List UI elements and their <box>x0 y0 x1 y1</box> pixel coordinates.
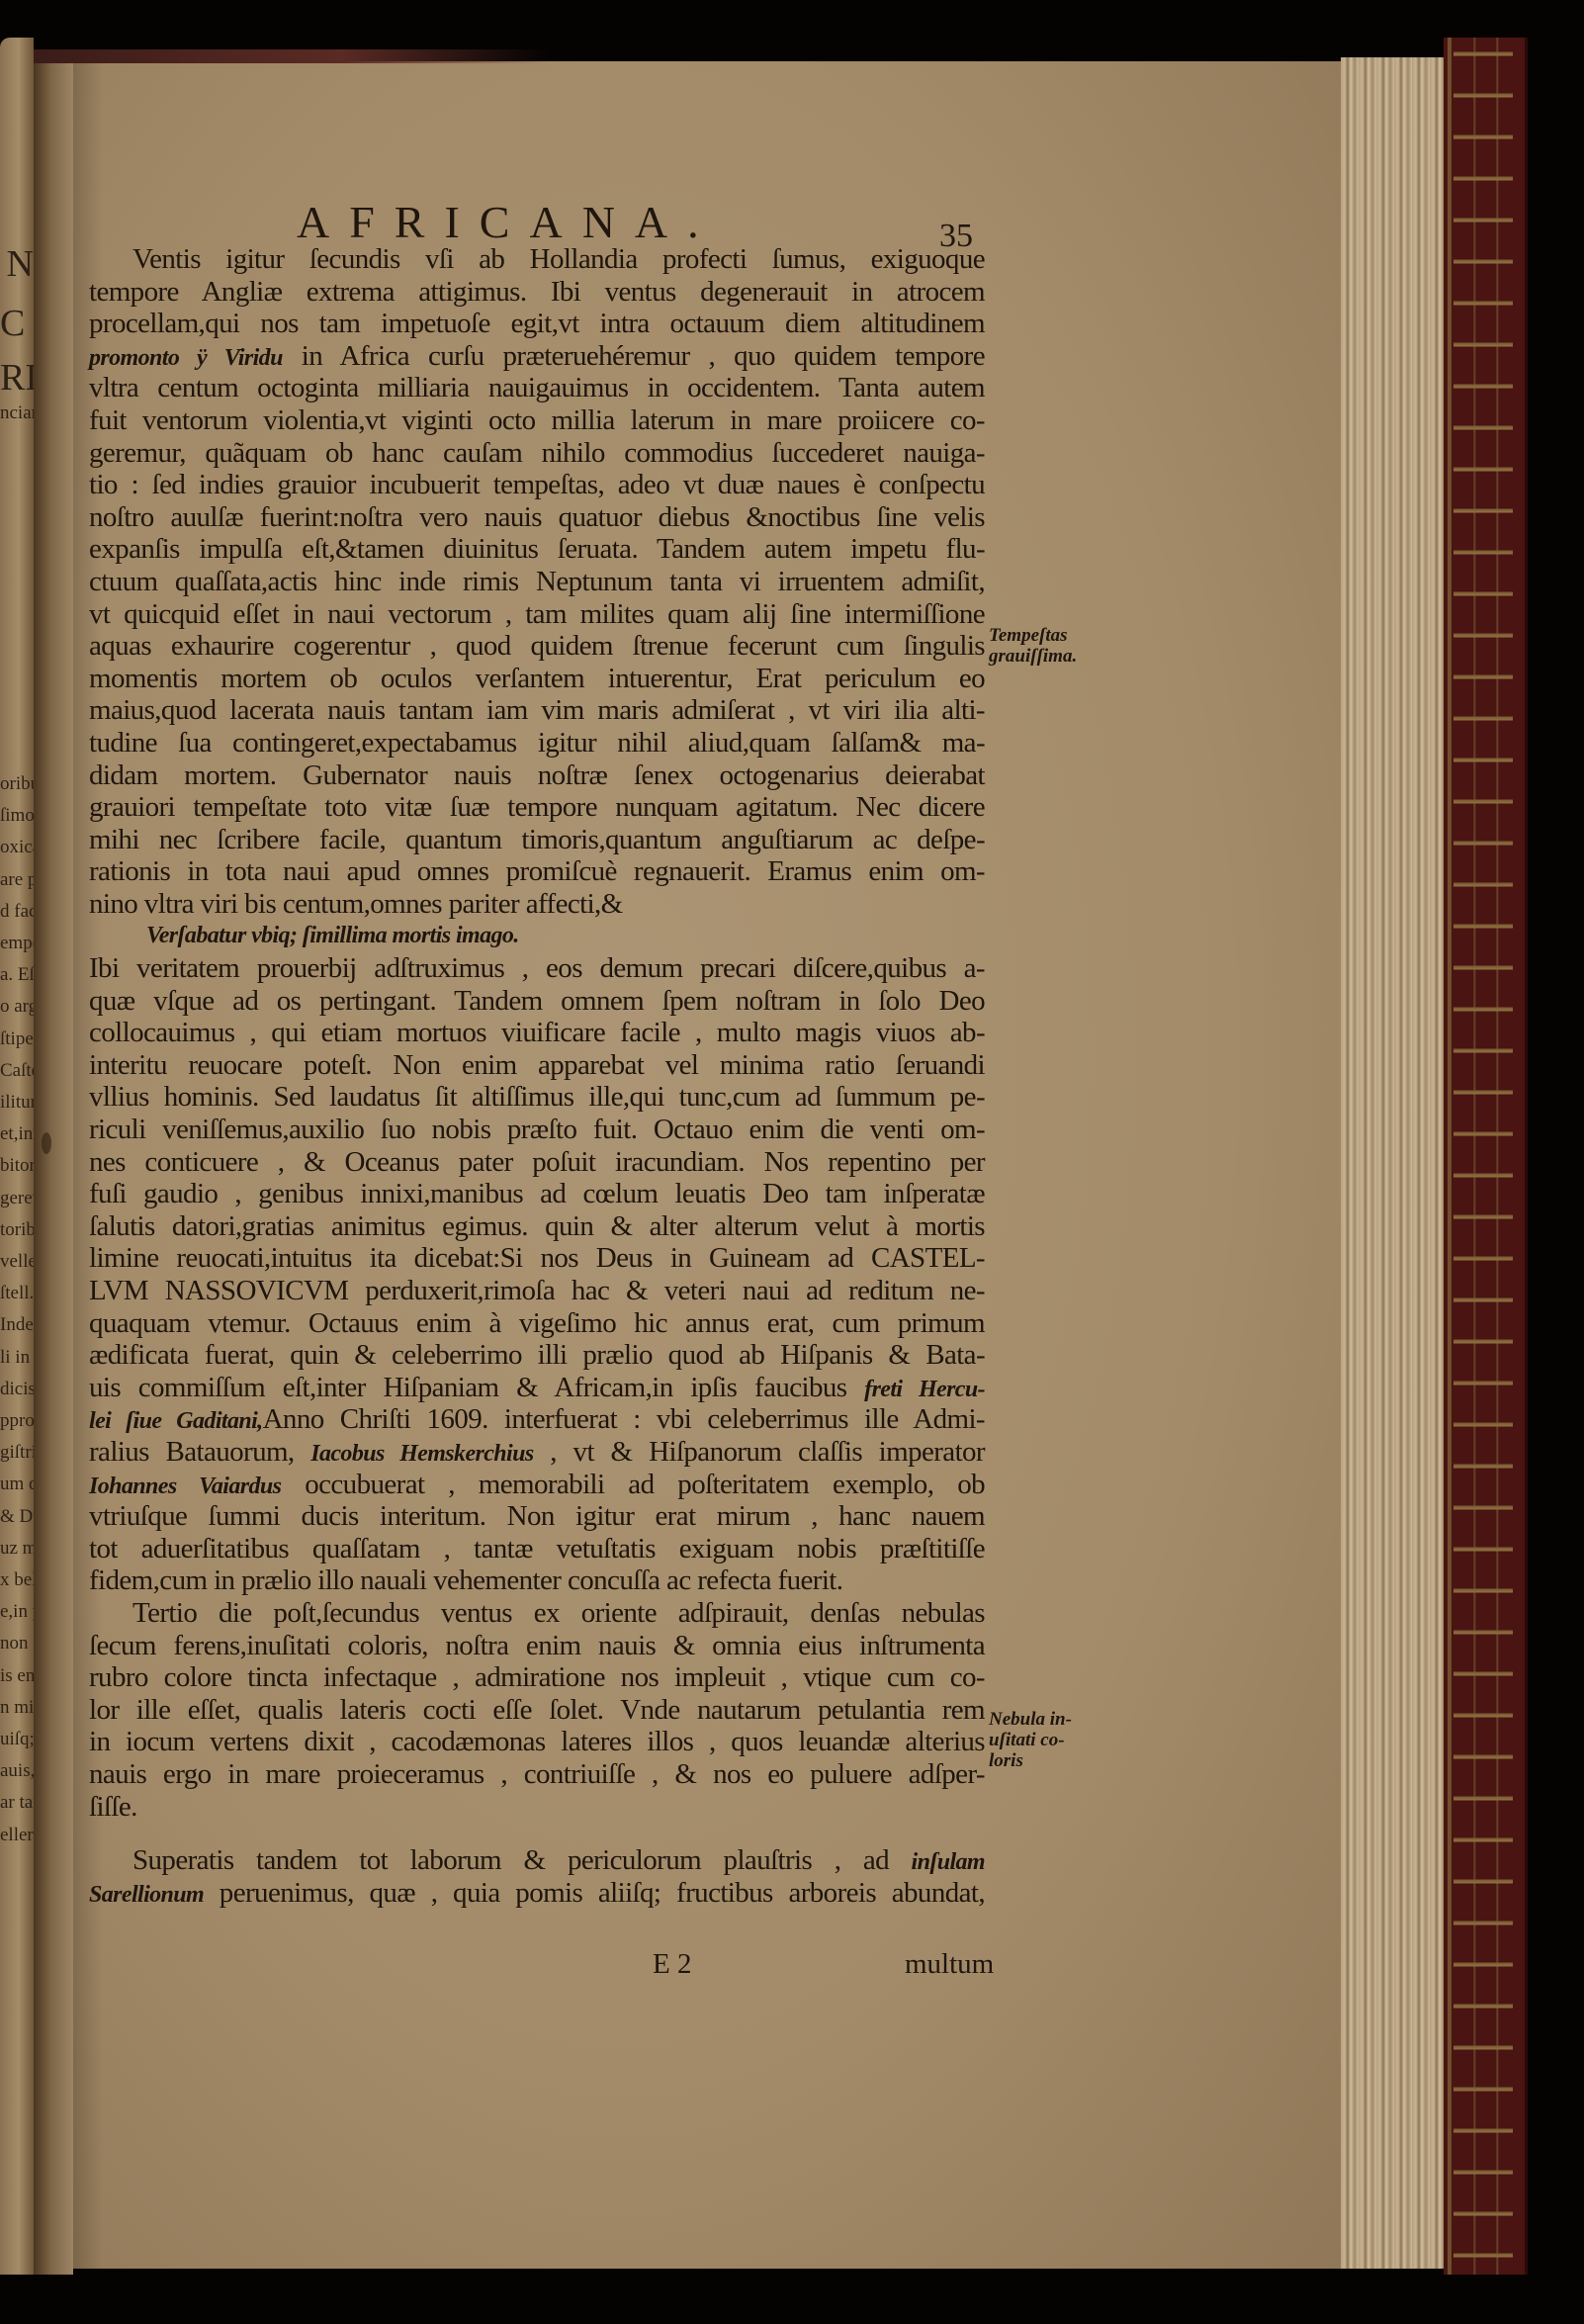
text-line: Superatis tandem tot laborum & periculor… <box>89 1844 985 1877</box>
margin-note-nebula: Nebula in-uſitati co-loris <box>989 1709 1072 1771</box>
text-line: fidem,cum in prælio illo nauali vehement… <box>89 1564 985 1597</box>
text-line: aquas exhaurire cogerentur , quod quidem… <box>89 630 985 663</box>
margin-note-line: grauiſſima. <box>989 646 1077 667</box>
text-line: rationis in tota naui apud omnes promiſc… <box>89 855 985 888</box>
margin-note-line: Nebula in- <box>989 1709 1072 1730</box>
facing-page-fragment: auis, c <box>0 1761 34 1780</box>
text-line: procellam,qui nos tam impetuoſe egit,vt … <box>89 308 985 340</box>
facing-page-fragment: uiſq; p <box>0 1730 34 1748</box>
facing-page-fragment: are per <box>0 870 34 889</box>
text-line: Tertio die poſt,ſecundus ventus ex orien… <box>89 1597 985 1630</box>
text-line: Ventis igitur ſecundis vſi ab Hollandia … <box>89 243 985 276</box>
text-span: ædificata fuerat, quin & celeberrimo ill… <box>89 1339 985 1371</box>
text-line: interitu reuocare poteſt. Non enim appar… <box>89 1049 985 1082</box>
text-line: nino vltra viri bis centum,omnes pariter… <box>89 888 985 921</box>
text-span: Ibi veritatem prouerbij adſtruximus , eo… <box>89 952 985 984</box>
facing-page-fragment: d facl <box>0 902 34 921</box>
text-span: ſiſſe. <box>89 1791 137 1823</box>
text-span: Verſabatur vbiq; ſimillima mortis imago. <box>146 923 519 948</box>
text-line: expanſis impulſa eſt,&tamen diuinitus ſe… <box>89 533 985 566</box>
text-span: Superatis tandem tot laborum & periculor… <box>132 1844 912 1876</box>
italic-text: lei ſiue Gaditani, <box>89 1408 263 1434</box>
text-span: momentis mortem ob oculos verſantem intu… <box>89 663 985 694</box>
italic-text: inſulam <box>912 1849 986 1875</box>
text-span: riculi veniſſemus,auxilio ſuo nobis præſ… <box>89 1114 985 1145</box>
text-span: fuſi gaudio , genibus innixi,manibus ad … <box>89 1178 985 1209</box>
text-span: nauis ergo in mare proieceramus , contri… <box>89 1758 985 1790</box>
facing-page-fragment: et,inui <box>0 1124 34 1143</box>
italic-text: freti Hercu- <box>864 1377 985 1402</box>
text-line: ralius Batauorum, Iacobus Hemskerchius ,… <box>89 1436 985 1469</box>
text-span: tempore Angliæ extrema attigimus. Ibi ve… <box>89 276 985 308</box>
italic-text: Sarellionum <box>89 1882 204 1908</box>
facing-page-fragment: a. Eſt <box>0 965 34 984</box>
body-text: Ventis igitur ſecundis vſi ab Hollandia … <box>89 243 985 1909</box>
text-span: Anno Chriſti 1609. interfuerat : vbi cel… <box>263 1403 985 1435</box>
text-line: ſalutis datori,gratias animitus egimus. … <box>89 1210 985 1243</box>
text-line: momentis mortem ob oculos verſantem intu… <box>89 663 985 695</box>
text-line: tempore Angliæ extrema attigimus. Ibi ve… <box>89 276 985 309</box>
facing-page-fragment: & Du <box>0 1507 34 1526</box>
facing-page-fragment: giſtris <box>0 1443 34 1462</box>
text-span: in Africa curſu præteruehéremur , quo qu… <box>283 340 985 372</box>
text-span: ctuum quaſſata,actis hinc inde rimis Nep… <box>89 566 985 597</box>
text-span: rubro colore tincta infectaque , admirat… <box>89 1661 985 1693</box>
text-line: quaquam vtemur. Octauus enim à vigeſimo … <box>89 1307 985 1340</box>
text-span: in iocum vertens dixit , cacodæmonas lat… <box>89 1726 985 1757</box>
text-span: vllius hominis. Sed laudatus ſit altiſſi… <box>89 1081 985 1113</box>
text-line: lei ſiue Gaditani,Anno Chriſti 1609. int… <box>89 1403 985 1436</box>
leather-binding <box>1444 38 1528 2275</box>
gilt-rule <box>1448 38 1452 2275</box>
ink-stain <box>42 1132 51 1154</box>
facing-page-fragment: empeſt <box>0 934 34 952</box>
facing-page-edge: oribusſimooxicamare perd faclempeſta. Eſ… <box>0 38 34 2275</box>
facing-page-fragment: C H <box>0 305 34 342</box>
text-span: noſtro auulſæ fuerint:noſtra vero nauis … <box>89 501 985 533</box>
facing-page-fragment: Caſtell <box>0 1061 34 1080</box>
text-span: fidem,cum in prælio illo nauali vehement… <box>89 1564 842 1596</box>
text-line: ſiſſe. <box>89 1791 985 1824</box>
text-span: mihi nec ſcribere facile, quantum timori… <box>89 824 985 855</box>
text-line: ædificata fuerat, quin & celeberrimo ill… <box>89 1339 985 1372</box>
facing-page-fragment: elleret <box>0 1826 34 1844</box>
text-span: lor ille eſſet, qualis lateris cocti eſſ… <box>89 1694 985 1726</box>
text-span: rationis in tota naui apud omnes promiſc… <box>89 855 985 887</box>
text-span: , vt & Hiſpanorum claſſis imperator <box>534 1436 985 1468</box>
margin-note-line: loris <box>989 1750 1072 1771</box>
text-line: limine reuocati,intuitus ita dicebat:Si … <box>89 1242 985 1275</box>
facing-page-fragment: n milit <box>0 1698 34 1717</box>
text-span: aquas exhaurire cogerentur , quod quidem… <box>89 630 985 662</box>
text-line: Iohannes Vaiardus occubuerat , memorabil… <box>89 1469 985 1501</box>
text-line: vt quicquid eſſet in naui vectorum , tam… <box>89 598 985 631</box>
facing-page-fragment: ilitum, <box>0 1093 34 1112</box>
italic-text: promonto ÿ Viridu <box>89 345 283 371</box>
facing-page-fragment: N <box>0 245 34 283</box>
text-line: Ibi veritatem prouerbij adſtruximus , eo… <box>89 952 985 985</box>
facing-page-fragment: bitori <box>0 1156 34 1175</box>
text-span: quæ vſque ad os pertingant. Tandem omnem… <box>89 985 985 1017</box>
text-span: maius,quod lacerata nauis tantam iam vim… <box>89 694 985 726</box>
text-span: geremur, quãquam ob hanc cauſam nihilo c… <box>89 437 985 469</box>
facing-page-fragment: non e <box>0 1634 34 1653</box>
text-span: vt quicquid eſſet in naui vectorum , tam… <box>89 598 985 630</box>
facing-page-fragment: um di <box>0 1475 34 1493</box>
text-span: grauiori tempeſtate toto vitæ ſuæ tempor… <box>89 791 985 823</box>
text-line: didam mortem. Gubernator nauis noſtræ ſe… <box>89 760 985 792</box>
gilt-ornament-roll <box>1453 38 1513 2275</box>
gutter-shadow <box>34 59 73 2275</box>
text-line: tudine ſua contingeret,expectabamus igit… <box>89 727 985 760</box>
text-span: nes conticuere , & Oceanus pater poſuit … <box>89 1146 985 1178</box>
text-line: rubro colore tincta infectaque , admirat… <box>89 1661 985 1694</box>
facing-page-fragment: oxicam <box>0 838 34 856</box>
text-line: in iocum vertens dixit , cacodæmonas lat… <box>89 1726 985 1758</box>
facing-page-fragment: uz m <box>0 1539 34 1558</box>
text-span: tudine ſua contingeret,expectabamus igit… <box>89 727 985 759</box>
text-span: occubuerat , memorabili ad poſteritatem … <box>281 1469 985 1500</box>
text-span: vltra centum octoginta milliaria nauigau… <box>89 372 985 403</box>
text-line: quæ vſque ad os pertingant. Tandem omnem… <box>89 985 985 1018</box>
text-span: tot aduerſitatibus quaſſatam , tantæ vet… <box>89 1533 985 1564</box>
text-span: quaquam vtemur. Octauus enim à vigeſimo … <box>89 1307 985 1339</box>
text-span: expanſis impulſa eſt,&tamen diuinitus ſe… <box>89 533 985 565</box>
text-line: LVM NASSOVICVM perduxerit,rimoſa hac & v… <box>89 1275 985 1307</box>
text-span: ſalutis datori,gratias animitus egimus. … <box>89 1210 985 1242</box>
text-span: ſecum ferens,inuſitati coloris, noſtra e… <box>89 1630 985 1661</box>
text-line: grauiori tempeſtate toto vitæ ſuæ tempor… <box>89 791 985 824</box>
text-line: lor ille eſſet, qualis lateris cocti eſſ… <box>89 1694 985 1727</box>
facing-page-fragment: pprob <box>0 1411 34 1430</box>
facing-page-fragment: nciam <box>0 403 34 422</box>
text-line: Sarellionum peruenimus, quæ , quia pomis… <box>89 1877 985 1910</box>
catchword: multum <box>905 1948 994 1981</box>
text-span: fuit ventorum violentia,vt viginti octo … <box>89 404 985 436</box>
facing-page-fragment: toribus <box>0 1220 34 1239</box>
text-line: nauis ergo in mare proieceramus , contri… <box>89 1758 985 1791</box>
facing-page-fragment: Inde v <box>0 1315 34 1334</box>
text-span: Ventis igitur ſecundis vſi ab Hollandia … <box>132 243 985 275</box>
text-span: LVM NASSOVICVM perduxerit,rimoſa hac & v… <box>89 1275 985 1306</box>
facing-page-fragment: ſtell. N <box>0 1284 34 1302</box>
text-line: nes conticuere , & Oceanus pater poſuit … <box>89 1146 985 1179</box>
text-span: ralius Batauorum, <box>89 1436 310 1468</box>
text-line: tot aduerſitatibus quaſſatam , tantæ vet… <box>89 1533 985 1565</box>
facing-page-fragment: RIT <box>0 359 34 397</box>
facing-page-fragment: ar tam <box>0 1793 34 1812</box>
text-line: promonto ÿ Viridu in Africa curſu præter… <box>89 340 985 373</box>
facing-page-fragment: ſtipen <box>0 1029 34 1048</box>
margin-note-tempestas: Tempeſtasgrauiſſima. <box>989 625 1077 667</box>
text-line: vltra centum octoginta milliaria nauigau… <box>89 372 985 404</box>
text-span: peruenimus, quæ , quia pomis aliiſq; fru… <box>204 1877 985 1909</box>
facing-page-fragment: oribus <box>0 774 34 793</box>
text-line: vtriuſque ſummi ducis interitum. Non igi… <box>89 1500 985 1533</box>
margin-note-line: Tempeſtas <box>989 625 1077 646</box>
facing-page-fragment: geretu <box>0 1189 34 1207</box>
facing-page-fragment: ſimo <box>0 806 34 825</box>
text-line: maius,quod lacerata nauis tantam iam vim… <box>89 694 985 727</box>
text-line: ctuum quaſſata,actis hinc inde rimis Nep… <box>89 566 985 598</box>
text-line: vllius hominis. Sed laudatus ſit altiſſi… <box>89 1081 985 1114</box>
facing-page-fragment: dicis a <box>0 1380 34 1398</box>
text-span: vtriuſque ſummi ducis interitum. Non igi… <box>89 1500 985 1532</box>
text-span: collocauimus , qui etiam mortuos viuific… <box>89 1017 985 1048</box>
text-span: nino vltra viri bis centum,omnes pariter… <box>89 888 623 920</box>
text-line: ſecum ferens,inuſitati coloris, noſtra e… <box>89 1630 985 1662</box>
text-line: uis commiſſum eſt,inter Hiſpaniam & Afri… <box>89 1372 985 1404</box>
text-span: limine reuocati,intuitus ita dicebat:Si … <box>89 1242 985 1274</box>
facing-page-fragment: x bell <box>0 1570 34 1589</box>
signature-mark: E 2 <box>653 1948 691 1981</box>
text-line: noſtro auulſæ fuerint:noſtra vero nauis … <box>89 501 985 534</box>
text-line: fuit ventorum violentia,vt viginti octo … <box>89 404 985 437</box>
text-span: interitu reuocare poteſt. Non enim appar… <box>89 1049 985 1081</box>
text-span: tio : ſed indies grauior incubuerit temp… <box>89 469 985 500</box>
text-span: uis commiſſum eſt,inter Hiſpaniam & Afri… <box>89 1372 864 1403</box>
text-line: Verſabatur vbiq; ſimillima mortis imago. <box>89 920 985 952</box>
facing-page-fragment: li in m <box>0 1348 34 1367</box>
italic-text: Iohannes Vaiardus <box>89 1474 281 1499</box>
text-span: procellam,qui nos tam impetuoſe egit,vt … <box>89 308 985 339</box>
text-line: collocauimus , qui etiam mortuos viuific… <box>89 1017 985 1049</box>
text-line: tio : ſed indies grauior incubuerit temp… <box>89 469 985 501</box>
fore-edge-leaves <box>1341 57 1444 2269</box>
facing-page-fragment: e,in p <box>0 1602 34 1621</box>
italic-text: Iacobus Hemskerchius <box>310 1441 533 1467</box>
headband <box>34 49 548 63</box>
text-line: mihi nec ſcribere facile, quantum timori… <box>89 824 985 856</box>
margin-note-line: uſitati co- <box>989 1730 1072 1750</box>
facing-page-fragment: velle <box>0 1252 34 1271</box>
running-head: AFRICANA. <box>297 196 719 248</box>
text-line: fuſi gaudio , genibus innixi,manibus ad … <box>89 1178 985 1210</box>
text-line: geremur, quãquam ob hanc cauſam nihilo c… <box>89 437 985 470</box>
facing-page-fragment: is eni <box>0 1666 34 1685</box>
text-span: didam mortem. Gubernator nauis noſtræ ſe… <box>89 760 985 791</box>
text-span: Tertio die poſt,ſecundus ventus ex orien… <box>132 1597 985 1629</box>
facing-page-fragment: o argen <box>0 997 34 1016</box>
text-line: riculi veniſſemus,auxilio ſuo nobis præſ… <box>89 1114 985 1146</box>
